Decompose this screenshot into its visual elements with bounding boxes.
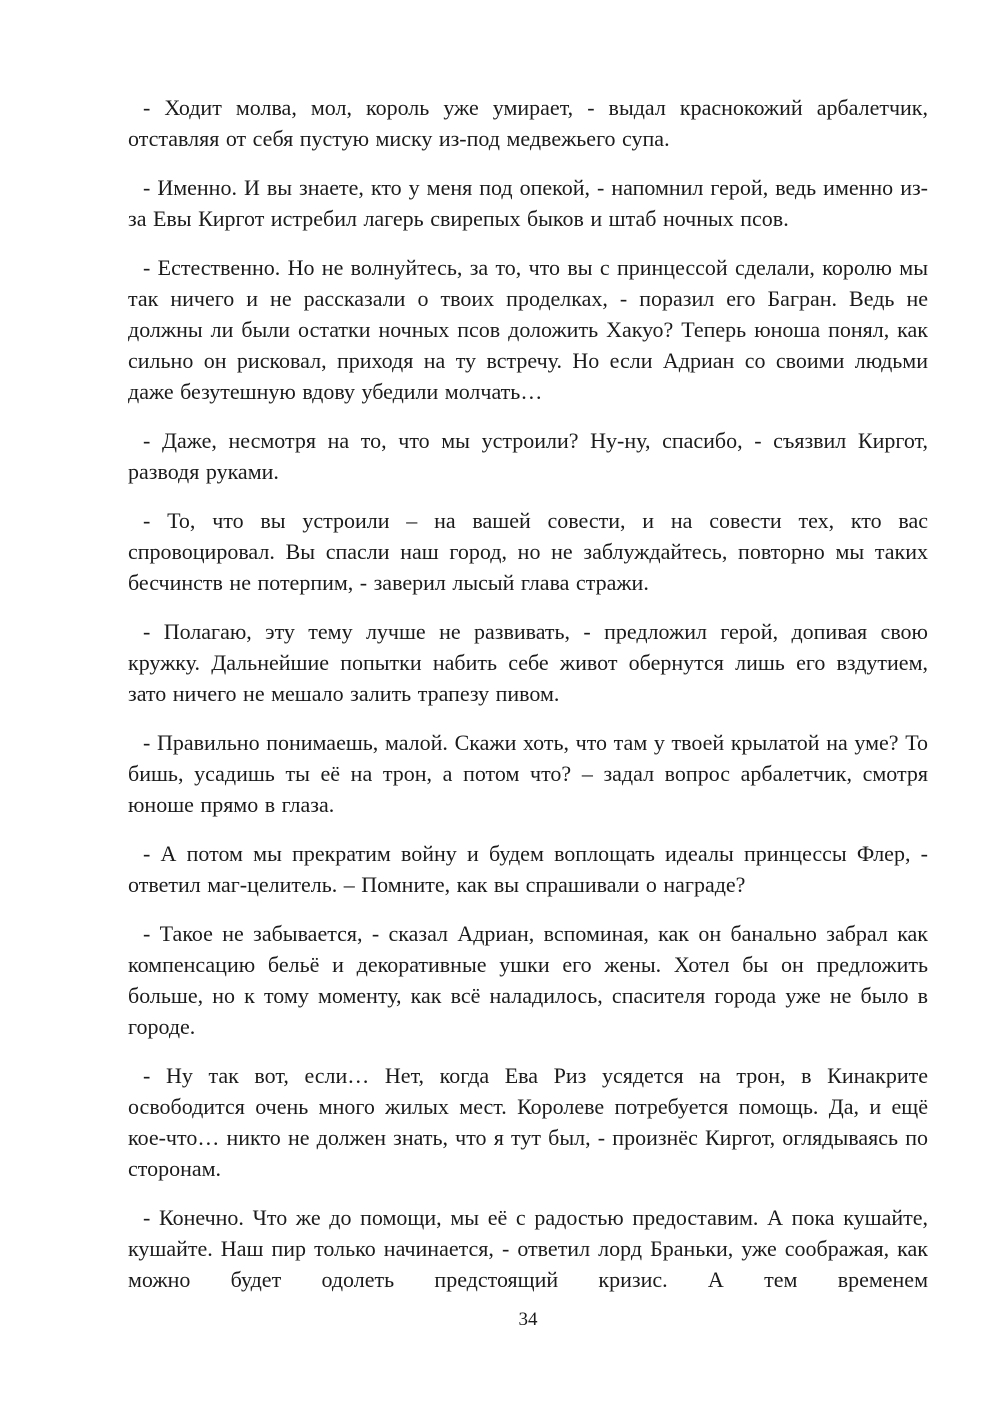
paragraph: - Правильно понимаешь, малой. Скажи хоть… bbox=[128, 727, 928, 820]
paragraph: - Именно. И вы знаете, кто у меня под оп… bbox=[128, 172, 928, 234]
paragraph: - Конечно. Что же до помощи, мы её с рад… bbox=[128, 1202, 928, 1295]
paragraph: - То, что вы устроили – на вашей совести… bbox=[128, 505, 928, 598]
paragraph: - Полагаю, эту тему лучше не развивать, … bbox=[128, 616, 928, 709]
document-page: - Ходит молва, мол, король уже умирает, … bbox=[0, 0, 1000, 1414]
paragraph: - Ну так вот, если… Нет, когда Ева Риз у… bbox=[128, 1060, 928, 1184]
paragraph: - Даже, несмотря на то, что мы устроили?… bbox=[128, 425, 928, 487]
paragraph: - Естественно. Но не волнуйтесь, за то, … bbox=[128, 252, 928, 407]
paragraph: - Такое не забывается, - сказал Адриан, … bbox=[128, 918, 928, 1042]
paragraph: - Ходит молва, мол, король уже умирает, … bbox=[128, 92, 928, 154]
page-number: 34 bbox=[128, 1308, 928, 1332]
text-block: - Ходит молва, мол, король уже умирает, … bbox=[128, 92, 928, 1313]
paragraph: - А потом мы прекратим войну и будем воп… bbox=[128, 838, 928, 900]
